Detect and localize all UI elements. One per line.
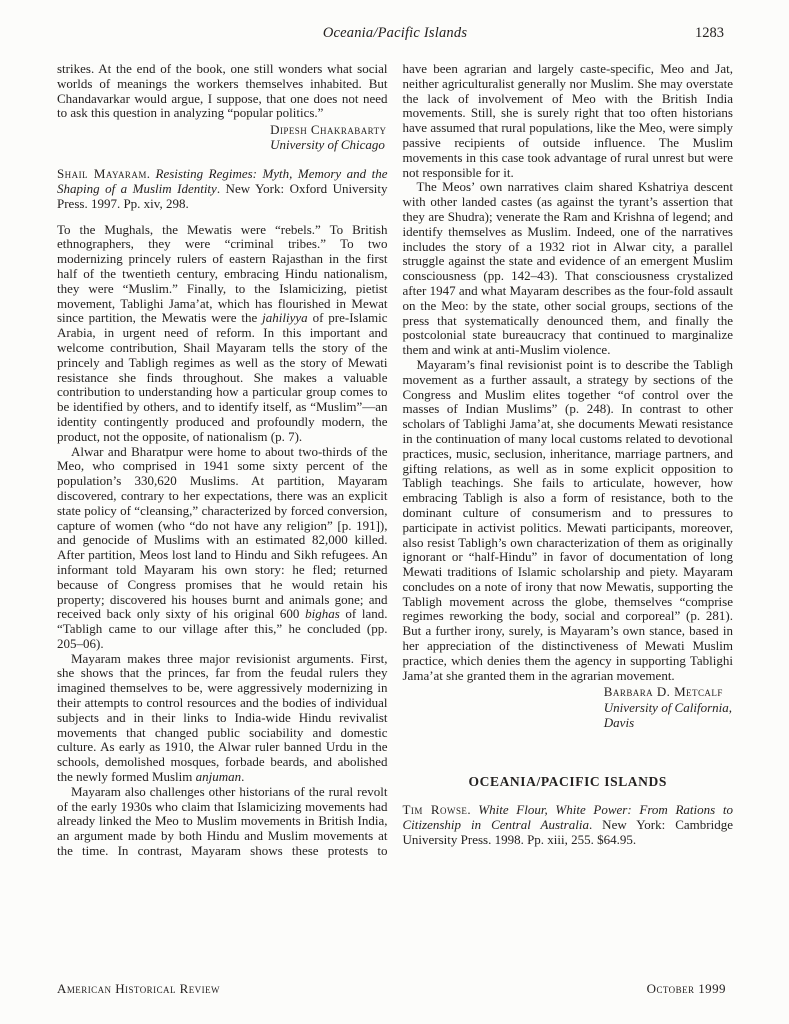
text-run-italic: bighas	[305, 606, 340, 621]
reviewer-name: Barbara D. Metcalf	[604, 684, 732, 699]
text-run: strikes. At the end of the book, one sti…	[57, 61, 388, 120]
reviewer-signature: Barbara D. MetcalfUniversity of Californ…	[403, 684, 733, 730]
running-title: Oceania/Pacific Islands	[57, 25, 733, 42]
signature-block: Dipesh ChakrabartyUniversity of Chicago	[270, 122, 386, 152]
two-column-body: strikes. At the end of the book, one sti…	[57, 62, 733, 859]
text-run: .	[147, 166, 156, 181]
text-run-italic: University of Chicago	[270, 137, 385, 152]
text-run: Mayaram makes three major revisionist ar…	[57, 651, 388, 784]
book-citation: Shail Mayaram. Resisting Regimes: Myth, …	[57, 167, 388, 211]
body-paragraph: strikes. At the end of the book, one sti…	[57, 62, 388, 121]
body-paragraph: Alwar and Bharatpur were home to about t…	[57, 445, 388, 652]
reviewer-affiliation: University of Chicago	[270, 137, 386, 152]
journal-name: American Historical Review	[57, 981, 220, 997]
signature-block: Barbara D. MetcalfUniversity of Californ…	[604, 684, 732, 730]
text-run-italic: University of California,	[604, 700, 732, 715]
body-paragraph: Mayaram also challenges other historians…	[57, 785, 388, 859]
reviewer-affiliation: Davis	[604, 715, 732, 730]
reviewer-affiliation: University of California,	[604, 700, 732, 715]
running-footer: American Historical Review October 1999	[57, 981, 733, 999]
section-heading: OCEANIA/PACIFIC ISLANDS	[403, 775, 734, 790]
right-column: have been agrarian and largely caste-spe…	[403, 62, 734, 859]
text-run: Mayaram also challenges other historians…	[57, 784, 388, 858]
body-paragraph: To the Mughals, the Mewatis were “rebels…	[57, 223, 388, 445]
text-run-italic: Davis	[604, 715, 634, 730]
text-run: of pre-Islamic Arabia, in urgent need of…	[57, 310, 388, 443]
text-run: .	[467, 802, 478, 817]
issue-date: October 1999	[647, 981, 726, 997]
page-number: 1283	[695, 25, 724, 42]
body-paragraph: The Meos’ own narratives claim shared Ks…	[403, 180, 734, 358]
reviewer-signature: Dipesh ChakrabartyUniversity of Chicago	[57, 122, 387, 153]
book-citation: Tim Rowse. White Flour, White Power: Fro…	[403, 803, 734, 847]
text-run: Alwar and Bharatpur were home to about t…	[57, 444, 388, 622]
text-run-smallcaps: Dipesh Chakrabarty	[270, 122, 386, 137]
body-paragraph: Mayaram makes three major revisionist ar…	[57, 652, 388, 785]
left-column: strikes. At the end of the book, one sti…	[57, 62, 388, 859]
running-header: Oceania/Pacific Islands 1283	[57, 25, 733, 45]
text-run-smallcaps: Barbara D. Metcalf	[604, 684, 723, 699]
text-run: have been agrarian and largely caste-spe…	[403, 61, 734, 180]
journal-page: Oceania/Pacific Islands 1283 strikes. At…	[0, 0, 789, 1024]
body-paragraph: have been agrarian and largely caste-spe…	[403, 62, 734, 180]
text-run-italic: jahiliyya	[262, 310, 308, 325]
reviewer-name: Dipesh Chakrabarty	[270, 122, 386, 137]
text-run-italic: anjuman	[196, 769, 242, 784]
text-run-smallcaps: Shail Mayaram	[57, 166, 147, 181]
text-run-smallcaps: Tim Rowse	[403, 802, 468, 817]
text-run: The Meos’ own narratives claim shared Ks…	[403, 179, 734, 357]
text-run: Mayaram’s final revisionist point is to …	[403, 357, 734, 683]
text-run: .	[241, 769, 244, 784]
body-paragraph: Mayaram’s final revisionist point is to …	[403, 358, 734, 684]
